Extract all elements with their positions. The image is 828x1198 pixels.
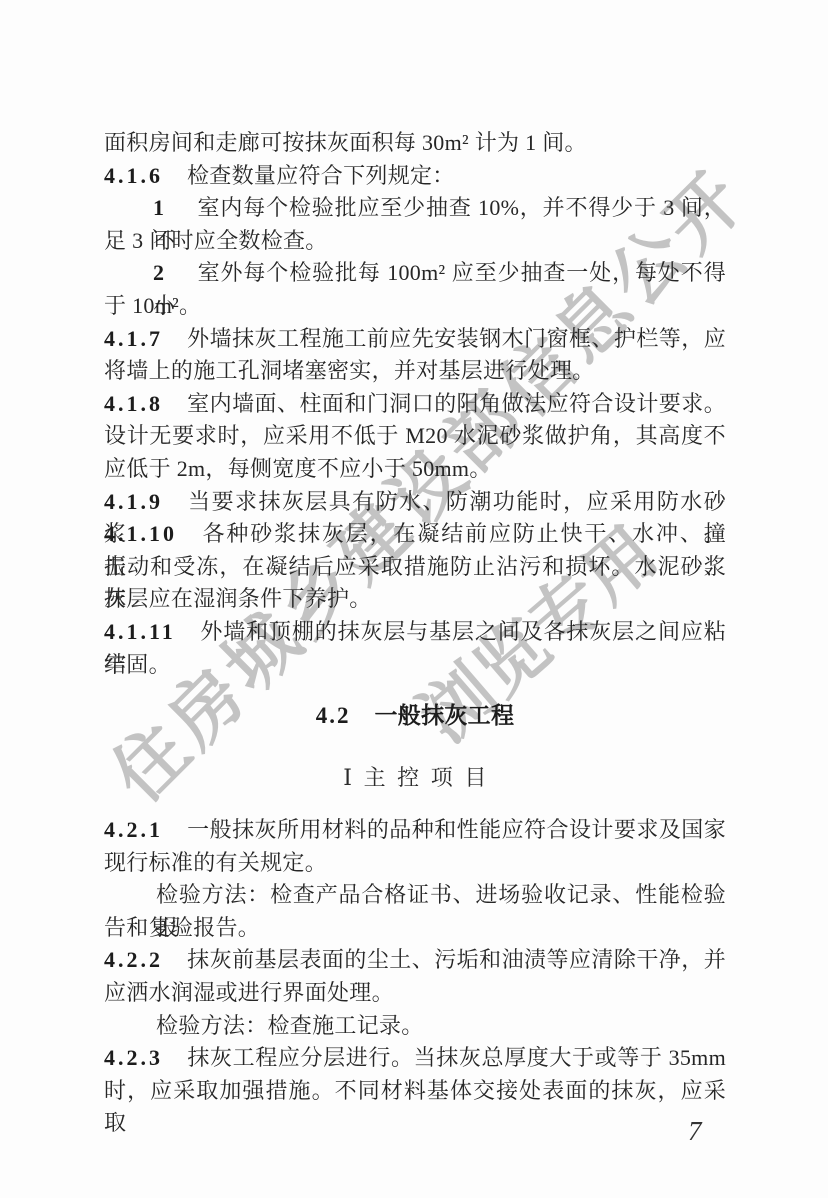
text-line: 于 10m²。 [104, 290, 726, 323]
clause-line: 4.2.1一般抹灰所用材料的品种和性能应符合设计要求及国家 [104, 814, 726, 847]
list-item-line: 2室外每个检验批每 100m² 应至少抽查一处，每处不得小 [104, 257, 726, 290]
clause-number: 4.2.2 [104, 947, 163, 972]
clause-line: 4.1.10各种砂浆抹灰层，在凝结前应防止快干、水冲、撞击、 [104, 518, 726, 551]
clause-number: 4.1.11 [104, 619, 176, 644]
clause-line: 4.1.9当要求抹灰层具有防水、防潮功能时，应采用防水砂浆。 [104, 486, 726, 519]
line-text: 应低于 2m，每侧宽度不应小于 50mm。 [104, 456, 492, 481]
subsection-heading: Ⅰ 主 控 项 目 [104, 761, 726, 794]
line-text: 将墙上的施工孔洞堵塞密实，并对基层进行处理。 [104, 358, 595, 383]
clause-number: 4.1.7 [104, 326, 163, 351]
text-line: 设计无要求时，应采用不低于 M20 水泥砂浆做护角，其高度不 [104, 420, 726, 453]
line-text: 一般抹灰工程 [374, 703, 514, 728]
line-text: 于 10m²。 [104, 293, 201, 318]
heading-number: 4.2 [316, 703, 351, 728]
text-line: 牢固。 [104, 649, 726, 682]
text-line: 告和复验报告。 [104, 912, 726, 945]
clause-number: 4.1.8 [104, 391, 163, 416]
line-text: 应洒水润湿或进行界面处理。 [104, 980, 394, 1005]
line-text: 足 3 间时应全数检查。 [104, 228, 328, 253]
clause-line: 4.2.3抹灰工程应分层进行。当抹灰总厚度大于或等于 35mm [104, 1042, 726, 1075]
clause-line: 4.1.7外墙抹灰工程施工前应先安装钢木门窗框、护栏等，应 [104, 323, 726, 356]
clause-line: 4.1.8室内墙面、柱面和门洞口的阳角做法应符合设计要求。 [104, 388, 726, 421]
method-line: 检验方法：检查施工记录。 [104, 1010, 726, 1043]
page-body: 面积房间和走廊可按抹灰面积每 30m² 计为 1 间。4.1.6检查数量应符合下… [104, 127, 726, 1107]
text-line: 应低于 2m，每侧宽度不应小于 50mm。 [104, 453, 726, 486]
line-text: Ⅰ 主 控 项 目 [343, 765, 486, 790]
text-line: 足 3 间时应全数检查。 [104, 225, 726, 258]
page-number: 7 [688, 1116, 702, 1147]
method-line: 检验方法：检查产品合格证书、进场验收记录、性能检验报 [104, 879, 726, 912]
clause-number: 4.2.3 [104, 1045, 163, 1070]
text-line: 时，应采取加强措施。不同材料基体交接处表面的抹灰，应采取 [104, 1075, 726, 1108]
line-text: 一般抹灰所用材料的品种和性能应符合设计要求及国家 [187, 817, 726, 842]
text-line: 应洒水润湿或进行界面处理。 [104, 977, 726, 1010]
line-text: 抹灰前基层表面的尘土、污垢和油渍等应清除干净，并 [187, 947, 726, 972]
section-heading: 4.2一般抹灰工程 [104, 699, 726, 732]
line-text: 抹灰工程应分层进行。当抹灰总厚度大于或等于 35mm [187, 1045, 726, 1070]
line-text: 检验方法：检查施工记录。 [156, 1013, 424, 1038]
list-item-line: 1室内每个检验批应至少抽查 10%，并不得少于 3 间，不 [104, 192, 726, 225]
clause-line: 4.1.6检查数量应符合下列规定： [104, 160, 726, 193]
text-line: 面积房间和走廊可按抹灰面积每 30m² 计为 1 间。 [104, 127, 726, 160]
text-line: 振动和受冻，在凝结后应采取措施防止沾污和损坏。水泥砂浆抹 [104, 551, 726, 584]
text-line: 灰层应在湿润条件下养护。 [104, 583, 726, 616]
clause-line: 4.2.2抹灰前基层表面的尘土、污垢和油渍等应清除干净，并 [104, 944, 726, 977]
line-text: 室内墙面、柱面和门洞口的阳角做法应符合设计要求。 [187, 391, 726, 416]
clause-number: 2 [153, 260, 164, 285]
line-text: 灰层应在湿润条件下养护。 [104, 586, 372, 611]
line-text: 设计无要求时，应采用不低于 M20 水泥砂浆做护角，其高度不 [104, 423, 726, 448]
line-text: 检查数量应符合下列规定： [187, 163, 455, 188]
document-page: 住房城乡建设部信息公开 浏览专用 面积房间和走廊可按抹灰面积每 30m² 计为 … [0, 0, 828, 1198]
text-line: 将墙上的施工孔洞堵塞密实，并对基层进行处理。 [104, 355, 726, 388]
line-text: 面积房间和走廊可按抹灰面积每 30m² 计为 1 间。 [104, 130, 587, 155]
line-text: 外墙抹灰工程施工前应先安装钢木门窗框、护栏等，应 [187, 326, 726, 351]
clause-number: 4.1.6 [104, 163, 163, 188]
clause-number: 4.2.1 [104, 817, 163, 842]
clause-line: 4.1.11外墙和顶棚的抹灰层与基层之间及各抹灰层之间应粘结 [104, 616, 726, 649]
clause-number: 1 [153, 195, 164, 220]
text-line: 现行标准的有关规定。 [104, 847, 726, 880]
clause-number: 4.1.9 [104, 489, 163, 514]
line-text: 现行标准的有关规定。 [104, 850, 327, 875]
line-text: 牢固。 [104, 652, 171, 677]
line-text: 时，应采取加强措施。不同材料基体交接处表面的抹灰，应采取 [104, 1078, 726, 1136]
line-text: 告和复验报告。 [104, 915, 260, 940]
clause-number: 4.1.10 [104, 521, 177, 546]
